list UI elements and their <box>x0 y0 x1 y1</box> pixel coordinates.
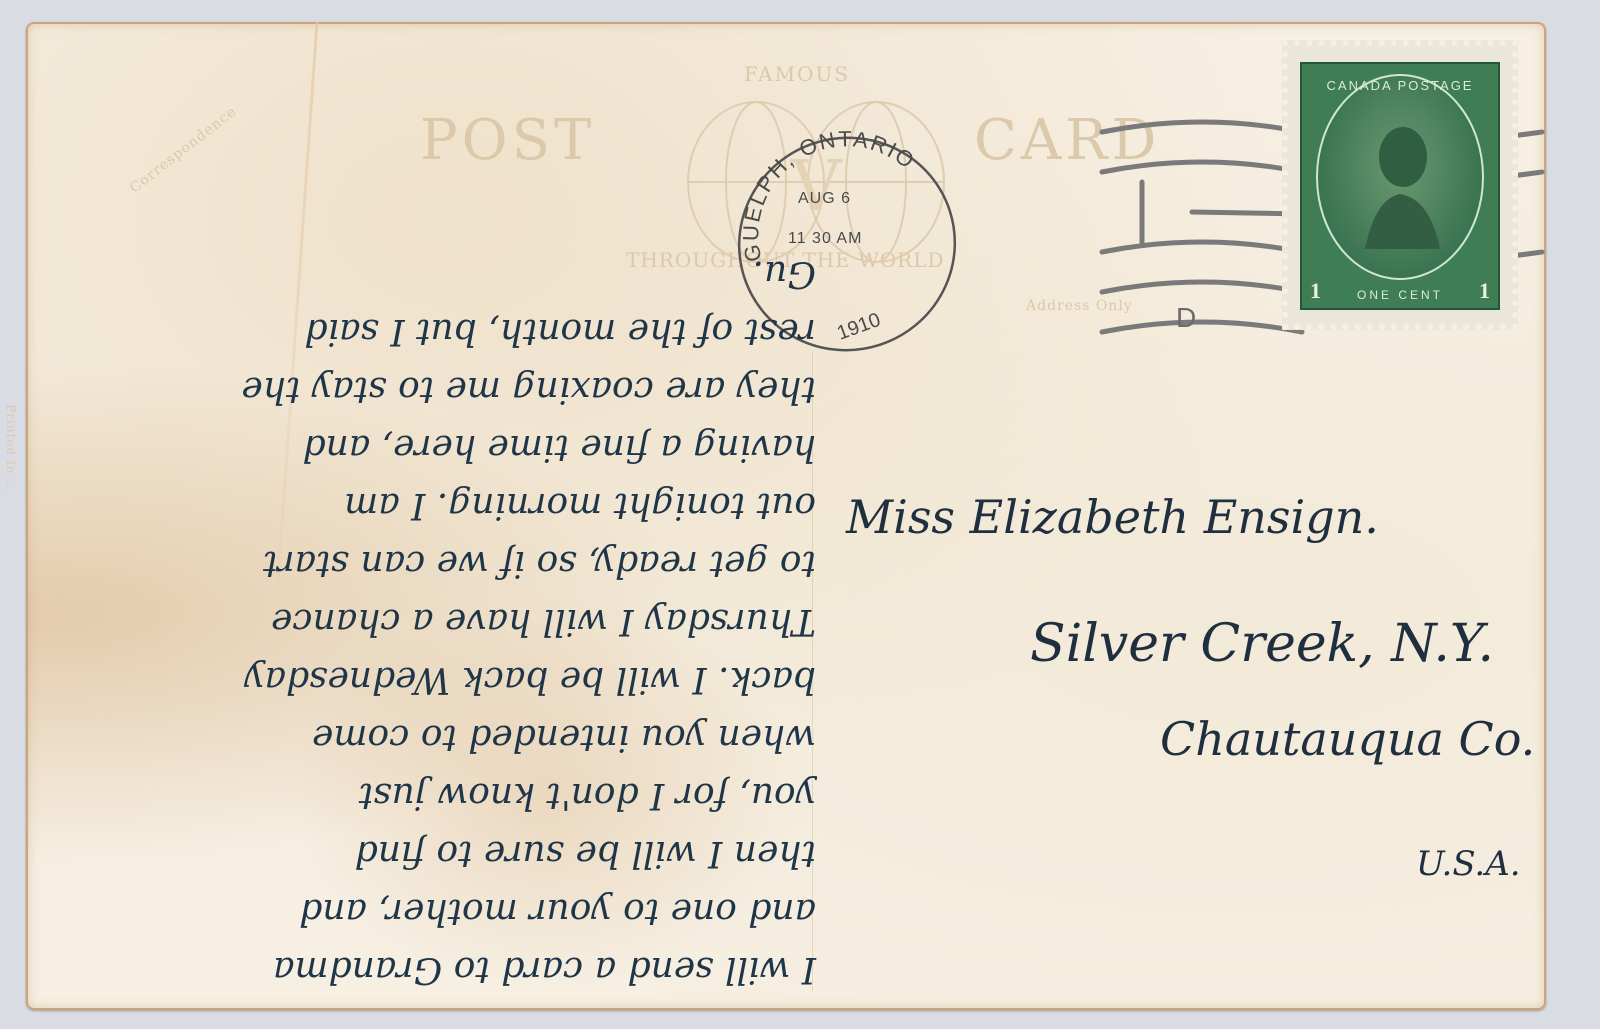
message-line: I will send a card to Grandma <box>46 940 816 998</box>
message-line: when you intended to come <box>46 708 816 766</box>
postcard: FAMOUS POST CARD THROUGHOUT THE WORLD Co… <box>26 22 1546 1010</box>
stamp-country-label: CANADA POSTAGE <box>1302 78 1498 93</box>
message-line: out tonight morning. I am <box>46 476 816 534</box>
address-county: Chautauqua Co. <box>1160 712 1535 766</box>
printed-post: POST <box>420 108 595 173</box>
stamp-value-right: 1 <box>1479 278 1490 304</box>
message-line: they are coaxing me to stay the <box>46 360 816 418</box>
address-town: Silver Creek, N.Y. <box>1030 614 1494 674</box>
address-country: U.S.A. <box>1416 844 1521 884</box>
cancel-letter: D <box>1176 302 1196 334</box>
king-portrait-icon <box>1355 119 1445 249</box>
message-line: and one to your mother, and <box>46 882 816 940</box>
message-line: then I will be sure to find <box>46 824 816 882</box>
message-line: Thursday I will have a chance <box>46 592 816 650</box>
stamp-denomination-label: ONE CENT <box>1302 288 1498 302</box>
postage-stamp: CANADA POSTAGE ONE CENT 1 1 <box>1282 40 1518 330</box>
postmark-year: 1910 <box>834 309 883 345</box>
stamp-value-left: 1 <box>1310 278 1321 304</box>
message-line: back. I will be back Wednesday <box>46 650 816 708</box>
message-line: rest of the month, but I said <box>46 302 816 360</box>
printed-famous: FAMOUS <box>744 62 850 86</box>
message-line: to get ready, so if we can start <box>46 534 816 592</box>
message-line: Gu. <box>46 244 816 302</box>
printed-side-text: Printed in ... <box>4 404 18 494</box>
message-line: you, for I don't know just <box>46 766 816 824</box>
address-name: Miss Elizabeth Ensign. <box>846 490 1379 544</box>
message-line: having a fine time here, and <box>46 418 816 476</box>
handwritten-message: I will send a card to Grandma and one to… <box>46 172 816 998</box>
